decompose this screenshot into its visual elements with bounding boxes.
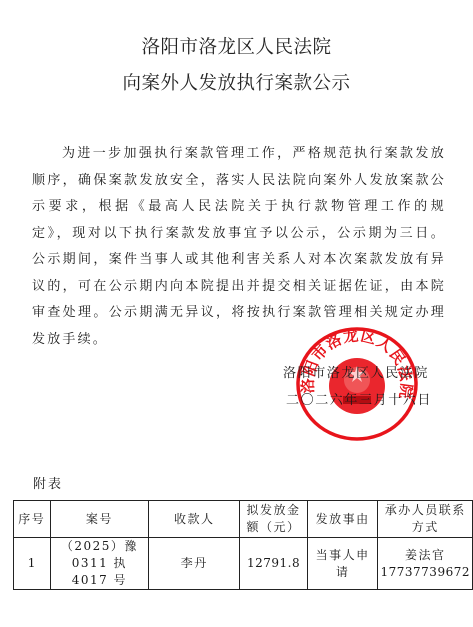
cell-reason: 当事人申请 (307, 538, 378, 590)
header-amount: 拟发放金额（元） (240, 501, 307, 538)
header-payee: 收款人 (149, 501, 240, 538)
cell-amount: 12791.8 (240, 538, 307, 590)
signature-date: 二〇二六年三月十六日 (286, 389, 432, 408)
header-reason: 发放事由 (307, 501, 378, 538)
court-seal-icon: 洛阳市洛龙区人民法院 (295, 326, 419, 442)
header-index: 序号 (14, 501, 51, 538)
cell-payee: 李丹 (149, 538, 240, 590)
appendix-label: 附表 (33, 473, 63, 492)
header-case-no: 案号 (50, 501, 149, 538)
page-title-line1: 洛阳市洛龙区人民法院 (0, 33, 473, 59)
cell-contact: 姜法官 17737739672 (378, 538, 473, 590)
page-title-line2: 向案外人发放执行案款公示 (0, 69, 473, 95)
contact-phone: 17737739672 (380, 564, 470, 581)
table-header-row: 序号 案号 收款人 拟发放金额（元） 发放事由 承办人员联系方式 (14, 501, 473, 538)
cell-case-no: （2025）豫 0311 执 4017 号 (50, 538, 149, 590)
notice-body: 为进一步加强执行案款管理工作，严格规范执行案款发放顺序，确保案款发放安全，落实人… (32, 141, 446, 353)
cell-index: 1 (14, 538, 51, 590)
header-contact: 承办人员联系方式 (378, 501, 473, 538)
signature-court: 洛阳市洛龙区人民法院 (283, 362, 429, 381)
payment-table: 序号 案号 收款人 拟发放金额（元） 发放事由 承办人员联系方式 1 （2025… (13, 500, 473, 590)
notice-paragraph: 为进一步加强执行案款管理工作，严格规范执行案款发放顺序，确保案款发放安全，落实人… (32, 141, 446, 353)
table-row: 1 （2025）豫 0311 执 4017 号 李丹 12791.8 当事人申请… (14, 538, 473, 590)
contact-name: 姜法官 (380, 547, 470, 564)
